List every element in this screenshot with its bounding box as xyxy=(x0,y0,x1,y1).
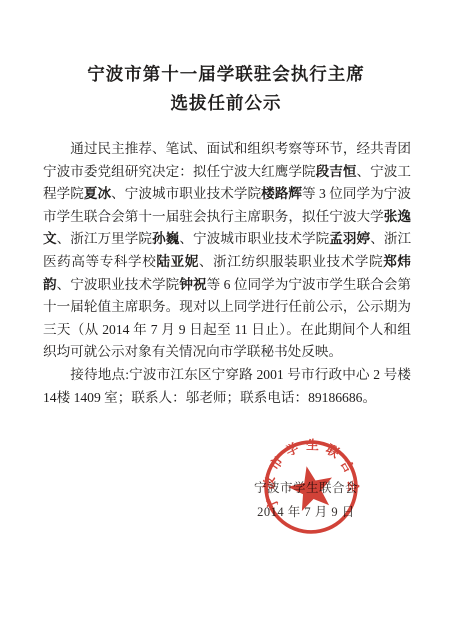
signature-date: 2014 年 7 月 9 日 xyxy=(250,501,362,525)
document-body: 通过民主推荐、笔试、面试和组织考察等环节，经共青团宁波市委党组研究决定：拟任宁波… xyxy=(43,138,411,409)
title-line-1: 宁波市第十一届学联驻会执行主席 xyxy=(0,60,452,89)
document-page: 宁波市第十一届学联驻会执行主席 选拔任前公示 通过民主推荐、笔试、面试和组织考察… xyxy=(0,0,452,640)
document-title: 宁波市第十一届学联驻会执行主席 选拔任前公示 xyxy=(0,60,452,118)
title-line-2: 选拔任前公示 xyxy=(0,89,452,118)
paragraph-contact: 接待地点:宁波市江东区宁穿路 2001 号市行政中心 2 号楼 14楼 1409… xyxy=(43,364,411,409)
signature-block: 宁波市学生联合会 2014 年 7 月 9 日 xyxy=(250,477,362,524)
paragraph-main: 通过民主推荐、笔试、面试和组织考察等环节，经共青团宁波市委党组研究决定：拟任宁波… xyxy=(43,138,411,364)
signature-org: 宁波市学生联合会 xyxy=(250,477,362,501)
